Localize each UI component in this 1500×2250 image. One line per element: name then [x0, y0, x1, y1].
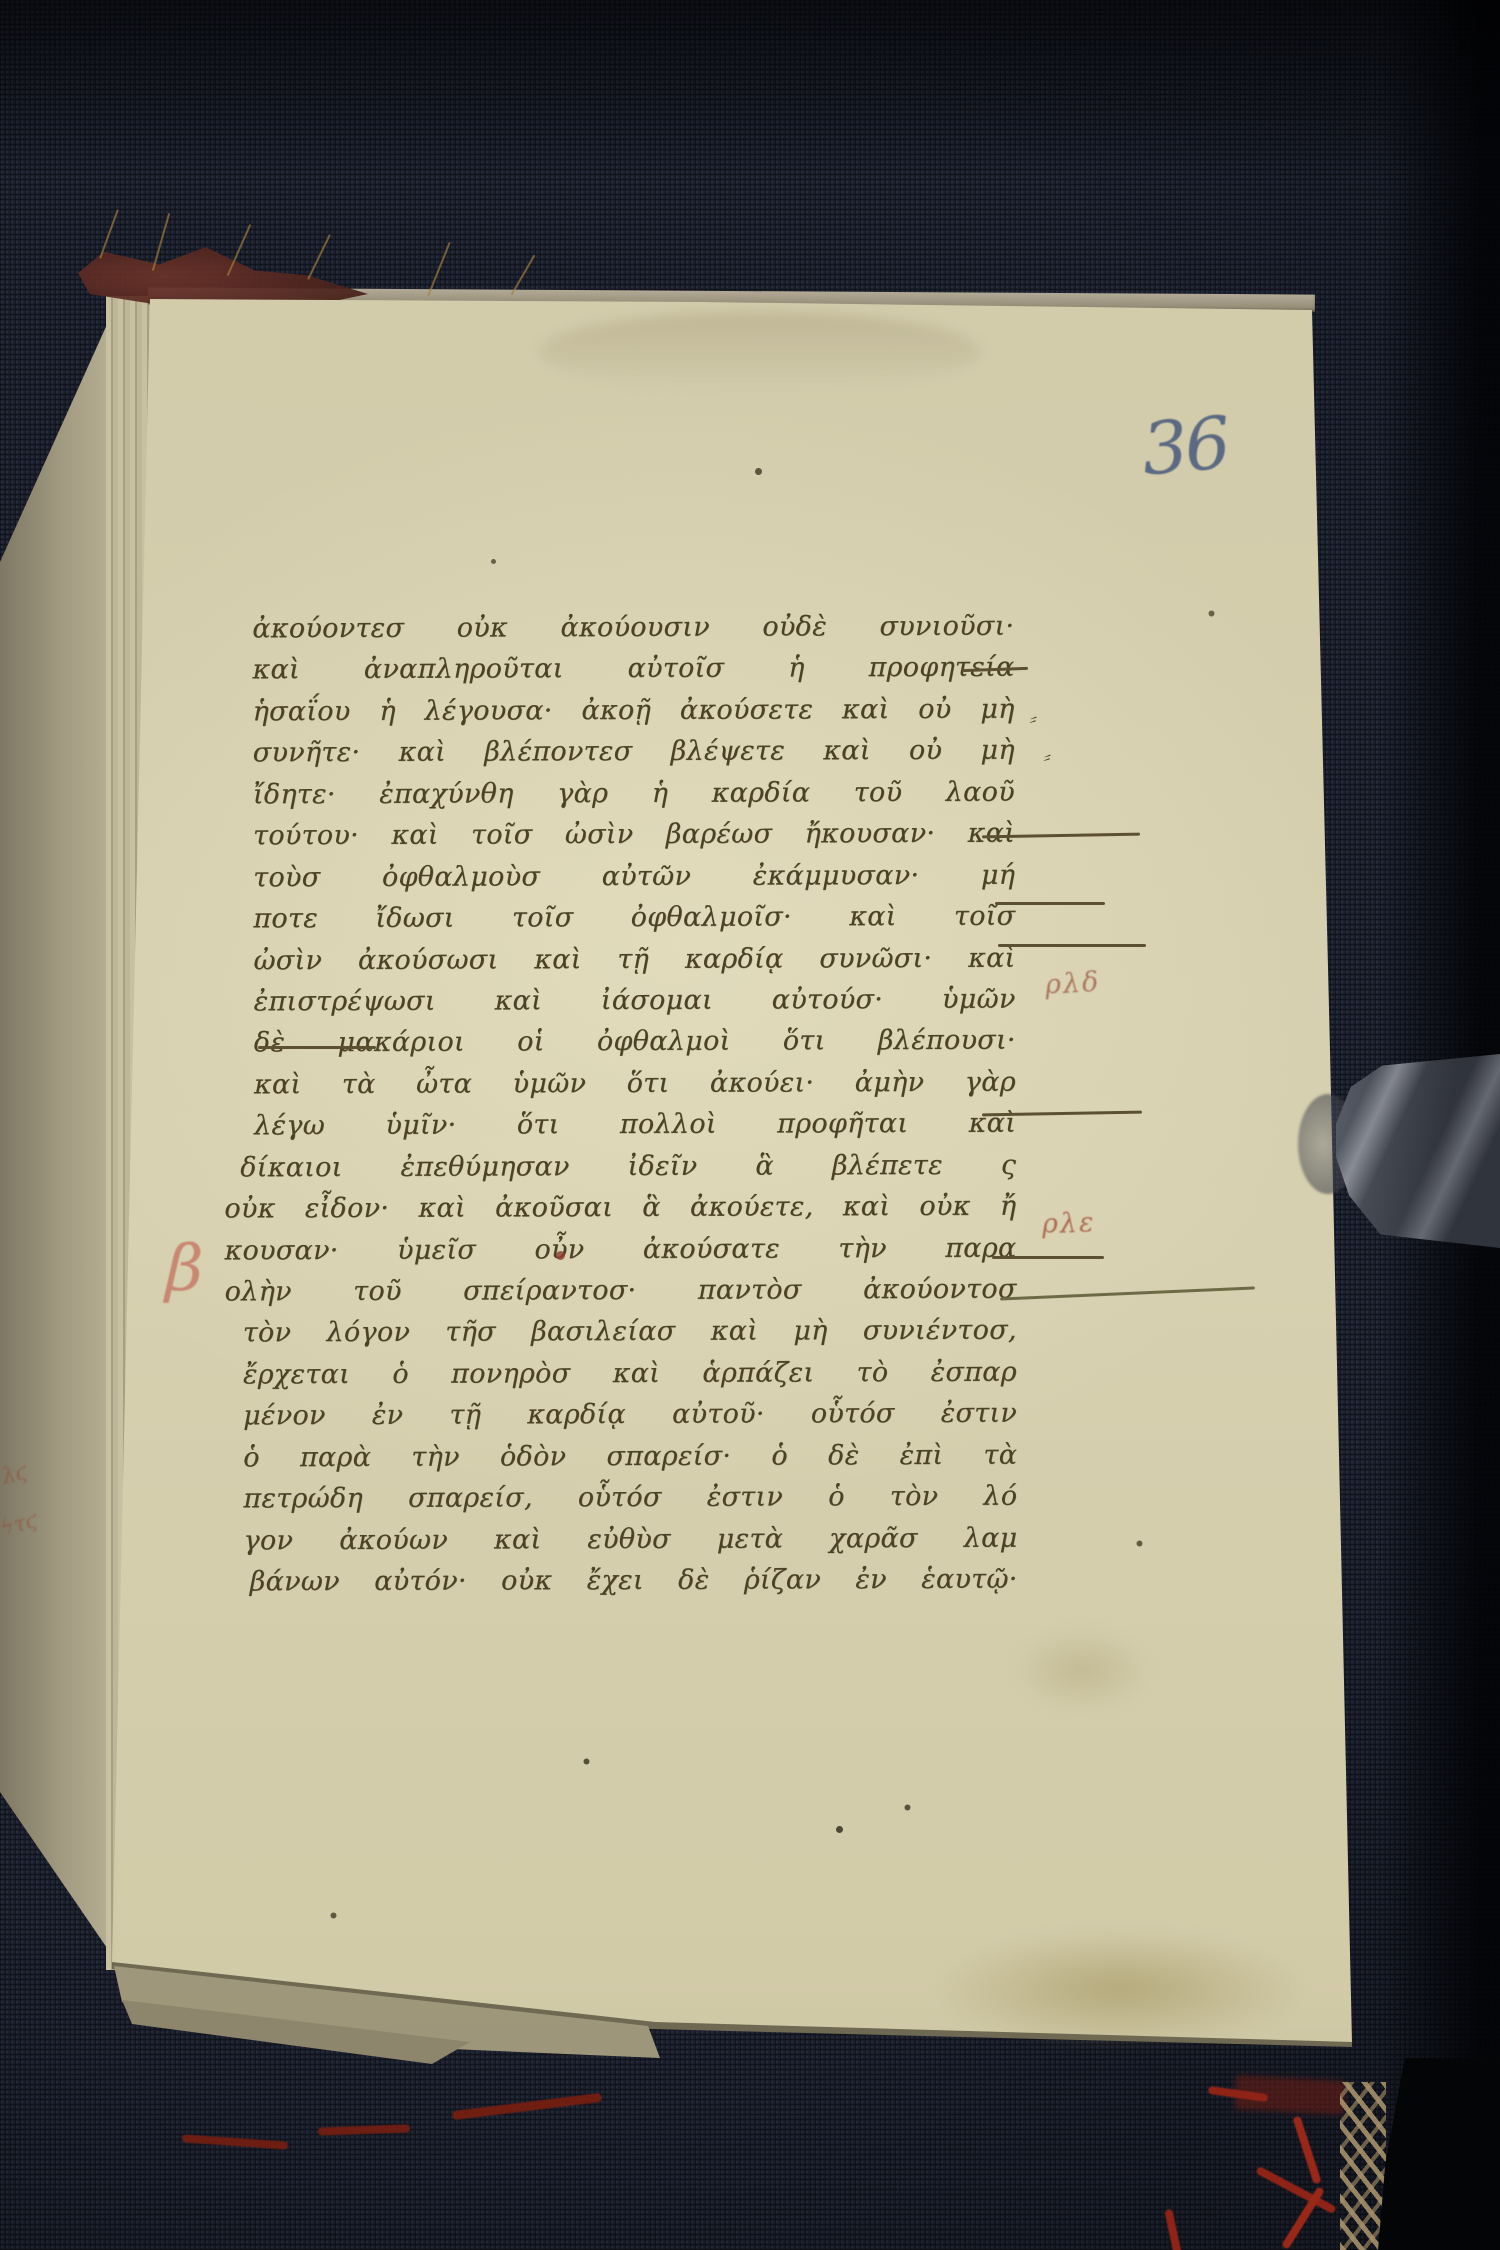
text-line: ἔρχεται ὁ πονηρὸσ καὶ ἁρπάζει τὸ ἐσπαρ	[243, 1352, 1017, 1396]
section-number-135: ρλε	[1041, 1207, 1096, 1240]
text-line: πετρώδη σπαρείσ, οὗτόσ ἐστιν ὁ τὸν λό	[243, 1476, 1017, 1520]
diple-mark: 〞	[1024, 711, 1045, 739]
text-line: οὐκ εἶδον· καὶ ἀκοῦσαι ἃ ἀκούετε, καὶ οὐ…	[224, 1186, 1016, 1230]
text-line: δὲ μακάριοι οἱ ὀφθαλμοὶ ὅτι βλέπουσι·	[254, 1020, 1016, 1064]
diple-mark: 〞	[1038, 749, 1059, 777]
text-line: καὶ ἀναπληροῦται αὐτοῖσ ἡ προφητεία	[252, 647, 1014, 691]
manuscript-photograph: 36 ἀκούοντεσ οὐκ ἀκούουσιν οὐδὲ συνιοῦσι…	[0, 0, 1500, 2250]
text-line: ἀκούοντεσ οὐκ ἀκούουσιν οὐδὲ συνιοῦσι·	[252, 606, 1014, 650]
folio-number: 36	[1139, 400, 1232, 491]
text-line: τοὺσ ὀφθαλμοὺσ αὐτῶν ἐκάμμυσαν· μή	[253, 854, 1015, 898]
text-line: τούτου· καὶ τοῖσ ὠσὶν βαρέωσ ἤκουσαν· κα…	[253, 813, 1015, 857]
previous-folio-edge	[0, 292, 118, 1967]
text-line: ὁ παρὰ τὴν ὁδὸν σπαρείσ· ὁ δὲ ἐπὶ τὰ	[243, 1434, 1017, 1478]
rubric-underline	[258, 1046, 376, 1049]
text-line: μένον ἐν τῇ καρδίᾳ αὐτοῦ· οὗτόσ ἐστιν	[243, 1393, 1017, 1437]
head-edge-discoloration	[540, 312, 980, 392]
section-number-134: ρλδ	[1044, 966, 1101, 1001]
text-line: ολὴν τοῦ σπείραντοσ· παντὸσ ἀκούοντοσ	[225, 1269, 1017, 1313]
text-line: δίκαιοι ἐπεθύμησαν ἰδεῖν ἃ βλέπετε ς	[240, 1144, 1016, 1188]
text-line: ποτε ἴδωσι τοῖσ ὀφθαλμοῖσ· καὶ τοῖσ	[253, 896, 1015, 940]
text-line: γον ἀκούων καὶ εὐθὺσ μετὰ χαρᾶσ λαμ	[243, 1517, 1017, 1561]
foxing-specks	[0, 0, 3, 3]
rubricated-initial-beta: β	[165, 1231, 205, 1306]
line-filler	[998, 944, 1146, 947]
greek-text-block: ἀκούοντεσ οὐκ ἀκούουσιν οὐδὲ συνιοῦσι· κ…	[252, 606, 1017, 1603]
water-stain-small	[1012, 1628, 1152, 1712]
text-line: κουσαν· ὑμεῖσ οὖν ἀκούσατε τὴν παρα	[224, 1227, 1016, 1271]
text-line: ἴδητε· ἐπαχύνθη γὰρ ἡ καρδία τοῦ λαοῦ	[253, 771, 1015, 815]
text-line: ἡσαΐου ἡ λέγουσα· ἀκοῇ ἀκούσετε καὶ οὐ μ…	[253, 689, 1015, 733]
rubric-point	[556, 1251, 565, 1260]
text-line: λέγω ὑμῖν· ὅτι πολλοὶ προφῆται καὶ	[254, 1103, 1016, 1147]
text-line: καὶ τὰ ὦτα ὑμῶν ὅτι ἀκούει· ἀμὴν γὰρ	[254, 1061, 1016, 1105]
beige-edge-seam	[1340, 2082, 1386, 2250]
text-line: τὸν λόγον τῆσ βασιλείασ καὶ μὴ συνιέντοσ…	[243, 1310, 1017, 1354]
text-line: ὠσὶν ἀκούσωσι καὶ τῇ καρδίᾳ συνῶσι· καὶ	[253, 937, 1015, 981]
text-line: βάνων αὐτόν· οὐκ ἔχει δὲ ῥίζαν ἐν ἑαυτῷ·	[250, 1559, 1018, 1603]
text-line: συνῆτε· καὶ βλέποντεσ βλέψετε καὶ οὐ μὴ	[253, 730, 1015, 774]
line-filler	[992, 1256, 1104, 1259]
line-filler	[995, 902, 1105, 905]
text-line: ἐπιστρέψωσι καὶ ἰάσομαι αὐτούσ· ὑμῶν	[254, 979, 1016, 1023]
